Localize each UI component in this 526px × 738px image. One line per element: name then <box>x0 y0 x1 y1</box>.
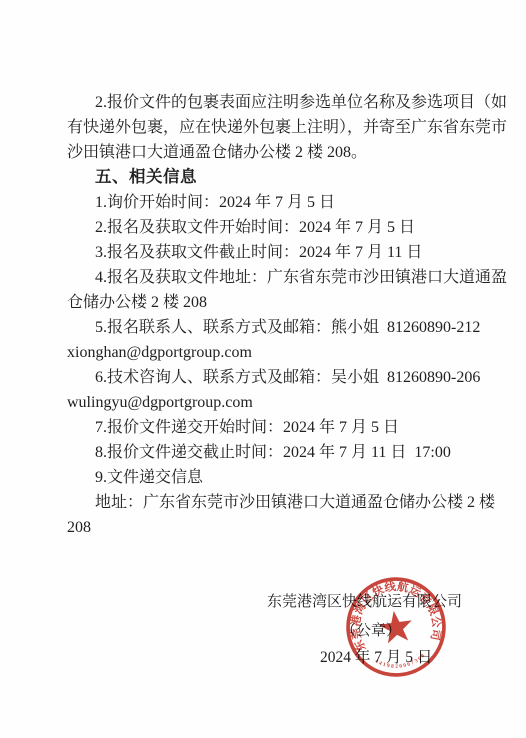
info-line-inquiry-start: 1.询价开始时间：2024 年 7 月 5 日 <box>67 190 473 215</box>
document-body: 2.报价文件的包裹表面应注明参选单位名称及参选项目（如 有快递外包裹，应在快递外… <box>67 90 473 540</box>
info-line-submission-start: 7.报价文件递交开始时间：2024 年 7 月 5 日 <box>67 415 473 440</box>
company-seal: 东莞港湾区快线航运有限公司 4419820007368 <box>338 569 453 684</box>
seal-star-icon <box>377 609 414 645</box>
info-line-registration-start: 2.报名及获取文件开始时间：2024 年 7 月 5 日 <box>67 215 473 240</box>
document-page: 2.报价文件的包裹表面应注明参选单位名称及参选项目（如 有快递外包裹，应在快递外… <box>0 0 526 738</box>
info-line-registration-contact: 5.报名联系人、联系方式及邮箱：熊小姐 81260890-212 <box>67 315 473 340</box>
info-line-registration-contact-email: xionghan@dgportgroup.com <box>67 340 473 365</box>
info-line-registration-address: 4.报名及获取文件地址：广东省东莞市沙田镇港口大道通盈 <box>67 265 473 290</box>
info-line-registration-deadline: 3.报名及获取文件截止时间：2024 年 7 月 11 日 <box>67 240 473 265</box>
info-line-technical-contact: 6.技术咨询人、联系方式及邮箱：吴小姐 81260890-206 <box>67 365 473 390</box>
info-line-submission-address-cont: 208 <box>67 515 473 540</box>
info-line-submission-info: 9.文件递交信息 <box>67 465 473 490</box>
section-heading: 五、相关信息 <box>67 165 473 190</box>
paragraph-line: 沙田镇港口大道通盈仓储办公楼 2 楼 208。 <box>67 140 473 165</box>
info-line-submission-address: 地址：广东省东莞市沙田镇港口大道通盈仓储办公楼 2 楼 <box>67 490 473 515</box>
info-line-registration-address-cont: 仓储办公楼 2 楼 208 <box>67 290 473 315</box>
info-line-technical-contact-email: wulingyu@dgportgroup.com <box>67 390 473 415</box>
paragraph-line: 有快递外包裹，应在快递外包裹上注明），并寄至广东省东莞市 <box>67 115 473 140</box>
paragraph-line: 2.报价文件的包裹表面应注明参选单位名称及参选项目（如 <box>67 90 473 115</box>
info-line-submission-deadline: 8.报价文件递交截止时间：2024 年 7 月 11 日 17:00 <box>67 440 473 465</box>
